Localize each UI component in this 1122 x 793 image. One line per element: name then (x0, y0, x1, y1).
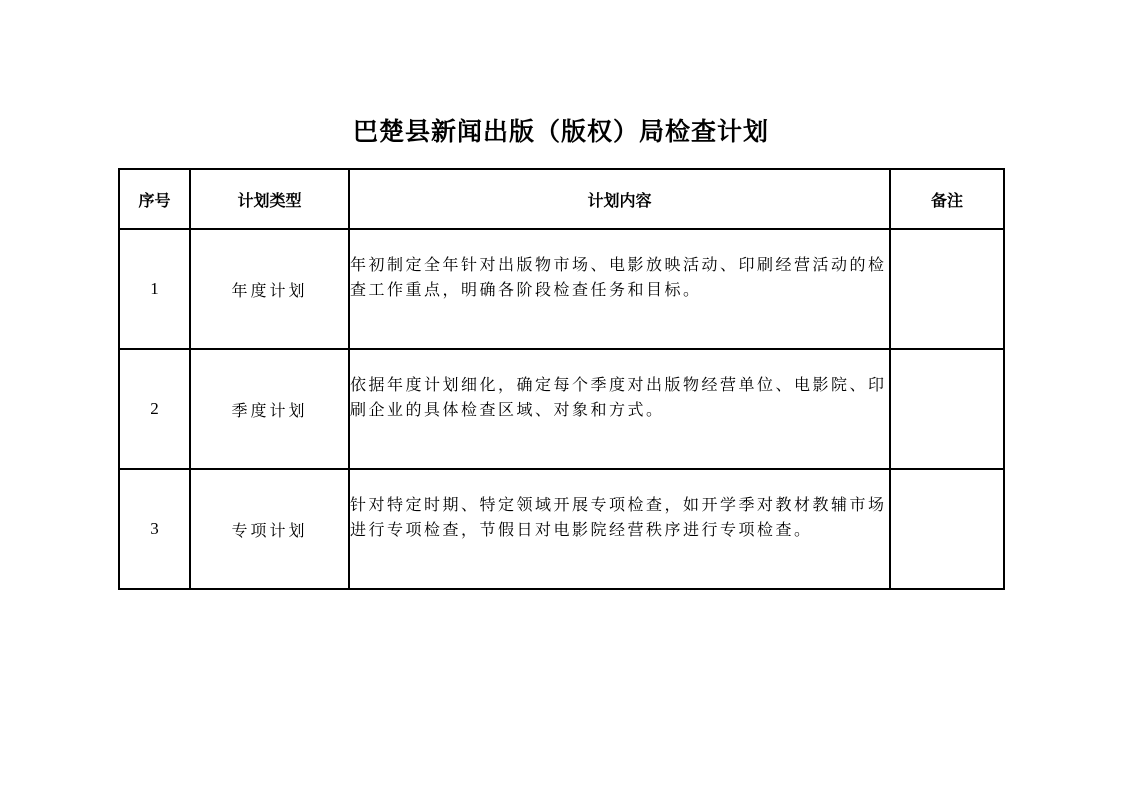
row-plan-content: 年初制定全年针对出版物市场、电影放映活动、印刷经营活动的检查工作重点，明确各阶段… (350, 252, 889, 302)
row-plan-type: 季度计划 (190, 349, 349, 469)
header-plan-type: 计划类型 (190, 169, 349, 229)
table-row: 1 年度计划 年初制定全年针对出版物市场、电影放映活动、印刷经营活动的检查工作重… (119, 229, 1004, 349)
header-remarks: 备注 (890, 169, 1004, 229)
header-index: 序号 (119, 169, 190, 229)
row-index: 3 (119, 469, 190, 589)
header-plan-content: 计划内容 (349, 169, 890, 229)
inspection-plan-table: 序号 计划类型 计划内容 备注 1 年度计划 年初制定全年针对出版物市场、电影放… (118, 168, 1005, 590)
document-title: 巴楚县新闻出版（版权）局检查计划 (0, 112, 1122, 148)
row-remarks (890, 229, 1004, 349)
table-row: 3 专项计划 针对特定时期、特定领域开展专项检查，如开学季对教材教辅市场进行专项… (119, 469, 1004, 589)
table-row: 2 季度计划 依据年度计划细化，确定每个季度对出版物经营单位、电影院、印刷企业的… (119, 349, 1004, 469)
table-header-row: 序号 计划类型 计划内容 备注 (119, 169, 1004, 229)
row-plan-content-cell: 针对特定时期、特定领域开展专项检查，如开学季对教材教辅市场进行专项检查，节假日对… (349, 469, 890, 589)
row-plan-content: 针对特定时期、特定领域开展专项检查，如开学季对教材教辅市场进行专项检查，节假日对… (350, 492, 889, 542)
row-plan-type: 专项计划 (190, 469, 349, 589)
row-remarks (890, 469, 1004, 589)
row-plan-content-cell: 依据年度计划细化，确定每个季度对出版物经营单位、电影院、印刷企业的具体检查区域、… (349, 349, 890, 469)
row-plan-type: 年度计划 (190, 229, 349, 349)
row-plan-content-cell: 年初制定全年针对出版物市场、电影放映活动、印刷经营活动的检查工作重点，明确各阶段… (349, 229, 890, 349)
row-remarks (890, 349, 1004, 469)
row-index: 1 (119, 229, 190, 349)
row-index: 2 (119, 349, 190, 469)
row-plan-content: 依据年度计划细化，确定每个季度对出版物经营单位、电影院、印刷企业的具体检查区域、… (350, 372, 889, 422)
